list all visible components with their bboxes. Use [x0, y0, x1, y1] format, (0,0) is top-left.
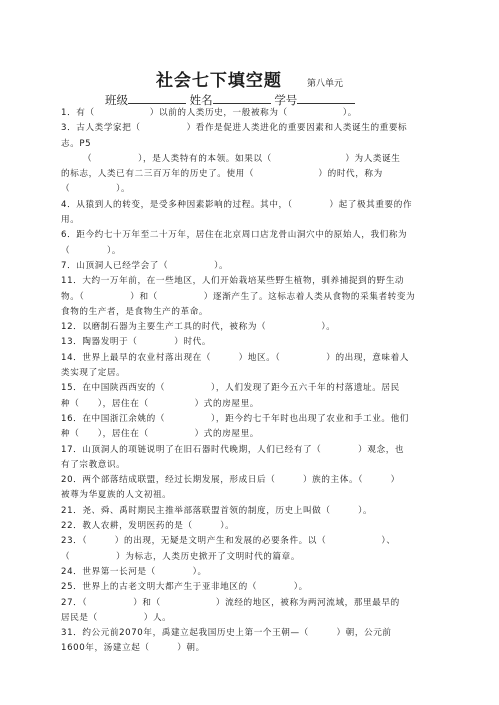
question-line: 居民是（ ）人。 — [61, 611, 433, 626]
question-line: 11．大约一万年前，在一些地区，人们开始栽培某些野生植物，驯养捕捉到的野生动 — [61, 274, 433, 289]
question-line: 21．尧、舜、禹时期民主推举部落联盟首领的制度，历史上叫做（ ）。 — [61, 504, 433, 519]
question-line: 20．两个部落结成联盟，经过长期发展，形成日后（ ）族的主体。（ ） — [61, 473, 433, 488]
question-line: 25．世界上的古老文明大都产生于亚非地区的（ ）。 — [61, 580, 433, 595]
question-line: 14．世界上最早的农业村落出现在（ ）地区。（ ）的出现，意味着人 — [61, 351, 433, 366]
question-list: 1．有（ ）以前的人类历史，一般被称为（ ）。 3．古人类学家把（ ）看作是促进… — [61, 106, 433, 657]
student-id-field[interactable] — [297, 91, 355, 104]
question-line: 1600年，汤建立起（ ）朝。 — [61, 641, 433, 656]
class-label: 班级 — [105, 93, 128, 107]
question-line: 物。（ ）和（ ）逐渐产生了。这标志着人类从食物的采集者转变为 — [61, 290, 433, 305]
question-line: 24．世界第一长河是（ ）。 — [61, 565, 433, 580]
question-line: 12．以磨制石器为主要生产工具的时代，被称为（ ）。 — [61, 320, 433, 335]
name-field[interactable] — [213, 91, 271, 104]
question-line: 种（ ），居住在（ ）式的房屋里。 — [61, 397, 433, 412]
question-line: 食物的生产者，是食物生产的革命。 — [61, 305, 433, 320]
student-id-label: 学号 — [274, 93, 297, 107]
class-field[interactable] — [128, 91, 186, 104]
unit-label: 第八单元 — [307, 79, 343, 89]
question-line: 被尊为华夏族的人文初祖。 — [61, 488, 433, 503]
question-line: 27．（ ）和（ ）流经的地区，被称为两河流域，那里最早的 — [61, 596, 433, 611]
question-line: 23．（ ）的出现，无疑是文明产生和发展的必要条件。以（ ）、 — [61, 534, 433, 549]
question-line: 15．在中国陕西西安的（ ），人们发现了距今五六千年的村落遗址。居民 — [61, 381, 433, 396]
question-line: （ ）。 — [61, 182, 433, 197]
question-line: 类实现了定居。 — [61, 366, 433, 381]
question-line: 种（ ），居住在（ ）式的房屋里。 — [61, 427, 433, 442]
question-line: 有了宗教意识。 — [61, 458, 433, 473]
question-line: 17．山顶洞人的项链说明了在旧石器时代晚期，人们已经有了（ ）观念，也 — [61, 443, 433, 458]
question-line: （ ）。 — [61, 244, 433, 259]
question-line: 7．山顶洞人已经学会了（ ）。 — [61, 259, 433, 274]
title-row: 社会七下填空题 第八单元 — [0, 66, 499, 91]
page-title: 社会七下填空题 — [156, 71, 282, 91]
question-line: （ ）为标志，人类历史掀开了文明时代的篇章。 — [61, 550, 433, 565]
question-line: 13．陶器发明于（ ）时代。 — [61, 335, 433, 350]
question-line: 志。P5 — [61, 137, 433, 152]
question-line: 31．约公元前2070年，禹建立起我国历史上第一个王朝—（ ）朝，公元前 — [61, 626, 433, 641]
name-label: 姓名 — [190, 93, 213, 107]
question-line: 6．距今约七十万年至二十万年，居住在北京周口店龙骨山洞穴中的原始人，我们称为 — [61, 228, 433, 243]
question-line: 3．古人类学家把（ ）看作是促进人类进化的重要因素和人类诞生的重要标 — [61, 121, 433, 136]
question-line: 22．教人农耕，发明医药的是（ ）。 — [61, 519, 433, 534]
question-line: （ ），是人类特有的本领。如果以（ ）为人类诞生 — [61, 152, 433, 167]
question-line: 16．在中国浙江余姚的（ ），距今约七千年时也出现了农业和手工业。他们 — [61, 412, 433, 427]
question-line: 1．有（ ）以前的人类历史，一般被称为（ ）。 — [61, 106, 433, 121]
question-line: 4．从猿到人的转变，是受多种因素影响的过程。其中，（ ）起了极其重要的作 — [61, 198, 433, 213]
question-line: 的标志，人类已有二三百万年的历史了。使用（ ）的时代，称为 — [61, 167, 433, 182]
question-line: 用。 — [61, 213, 433, 228]
